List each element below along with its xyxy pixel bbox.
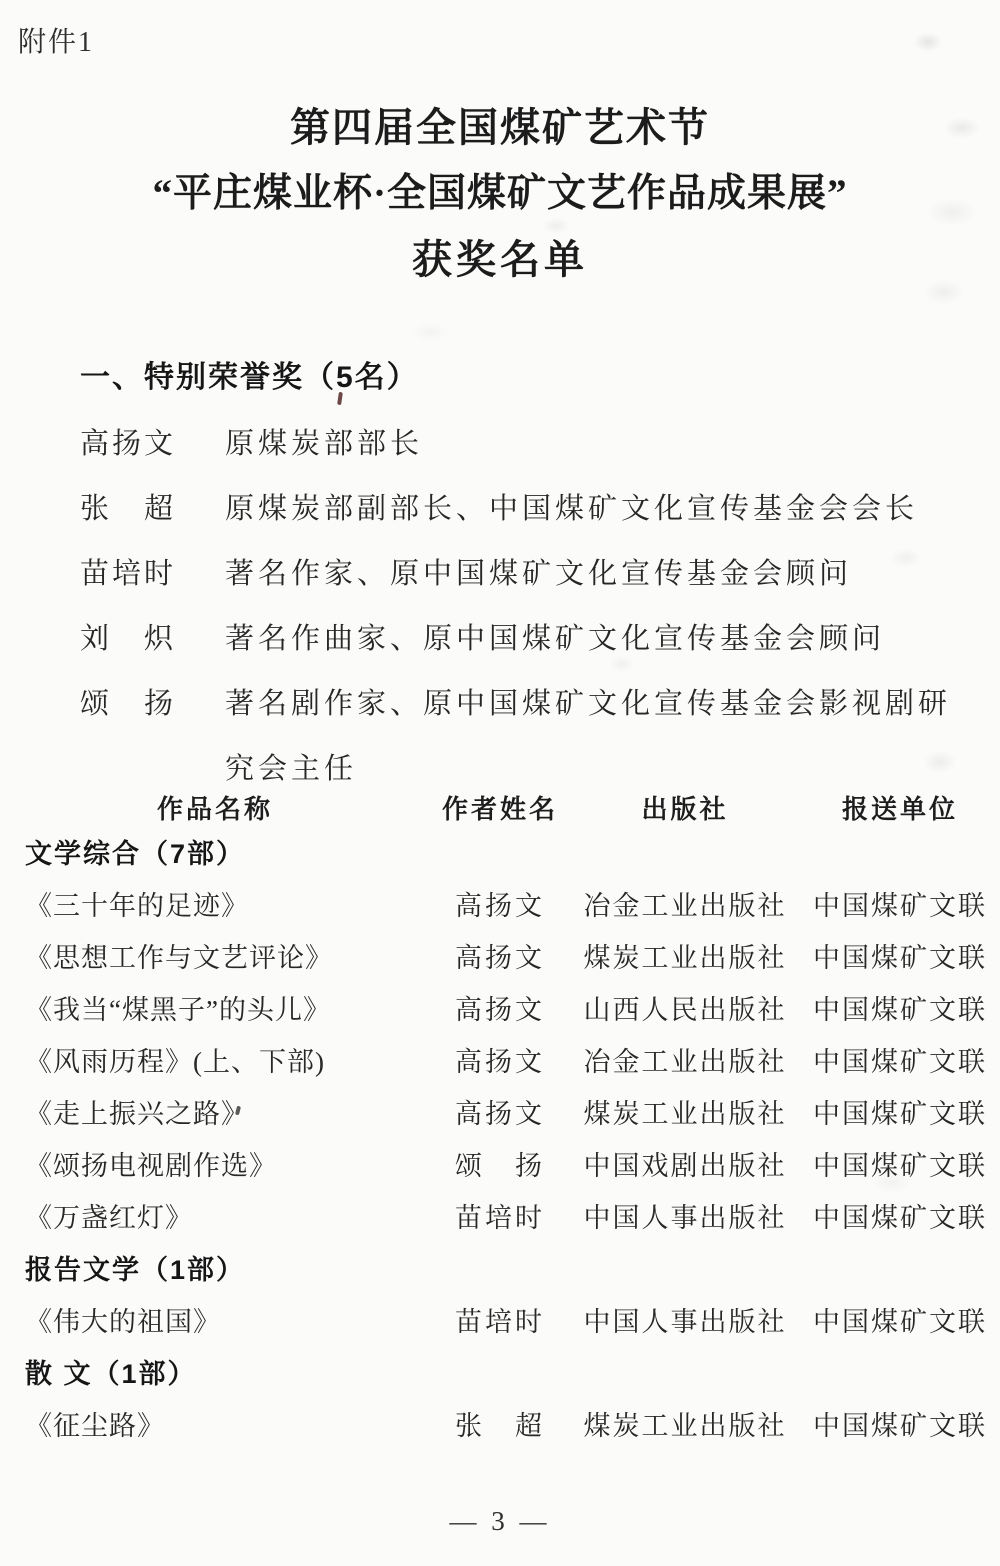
table-row: 《颂扬电视剧作选》 颂 扬 中国戏剧出版社 中国煤矿文联 — [0, 1140, 1000, 1192]
category-heading: 散 文（1部） — [0, 1348, 1000, 1400]
honoree-title: 著名剧作家、原中国煤矿文化宣传基金会影视剧研究会主任 — [225, 672, 982, 802]
table-row: 《我当“煤黑子”的头儿》 高扬文 山西人民出版社 中国煤矿文联 — [0, 984, 1000, 1036]
work-title: 《伟大的祖国》 — [0, 1296, 430, 1348]
honoree-name: 颂 扬 — [80, 672, 225, 737]
honoree-title: 原煤炭部副部长、中国煤矿文化宣传基金会会长 — [225, 477, 982, 542]
work-author: 张 超 — [430, 1400, 570, 1452]
work-title: 《征尘路》 — [0, 1400, 430, 1452]
stray-ink-mark — [337, 392, 343, 405]
col-header-unit: 报送单位 — [800, 790, 1000, 828]
work-publisher: 冶金工业出版社 — [570, 880, 800, 932]
work-unit: 中国煤矿文联 — [800, 984, 1000, 1036]
work-unit: 中国煤矿文联 — [800, 932, 1000, 984]
work-title: 《三十年的足迹》 — [0, 880, 430, 932]
work-publisher: 煤炭工业出版社 — [570, 932, 800, 984]
work-author: 高扬文 — [430, 1036, 570, 1088]
doc-title-line-2: “平庄煤业杯·全国煤矿文艺作品成果展” — [0, 162, 1000, 218]
table-row: 《三十年的足迹》 高扬文 冶金工业出版社 中国煤矿文联 — [0, 880, 1000, 932]
col-header-author: 作者姓名 — [430, 790, 570, 828]
honoree-name: 高扬文 — [80, 412, 225, 477]
table-row: 《万盏红灯》 苗培时 中国人事出版社 中国煤矿文联 — [0, 1192, 1000, 1244]
table-row: 《征尘路》 张 超 煤炭工业出版社 中国煤矿文联 — [0, 1400, 1000, 1452]
honoree-title: 著名作家、原中国煤矿文化宣传基金会顾问 — [225, 542, 982, 607]
category-heading: 文学综合（7部） — [0, 828, 1000, 880]
work-title: 《我当“煤黑子”的头儿》 — [0, 984, 430, 1036]
attachment-label: 附件1 — [18, 20, 94, 60]
honoree-name: 张 超 — [80, 477, 225, 542]
honoree-entry: 高扬文 原煤炭部部长 — [80, 412, 990, 477]
honoree-title: 著名作曲家、原中国煤矿文化宣传基金会顾问 — [225, 607, 982, 672]
work-author: 颂 扬 — [430, 1140, 570, 1192]
work-publisher: 中国人事出版社 — [570, 1192, 800, 1244]
work-author: 高扬文 — [430, 932, 570, 984]
honoree-entry: 苗培时 著名作家、原中国煤矿文化宣传基金会顾问 — [80, 542, 990, 607]
work-publisher: 中国戏剧出版社 — [570, 1140, 800, 1192]
work-publisher: 冶金工业出版社 — [570, 1036, 800, 1088]
page-number: — 3 — — [0, 1506, 1000, 1537]
honoree-name: 刘 炽 — [80, 607, 225, 672]
work-title: 《风雨历程》(上、下部) — [0, 1036, 430, 1088]
table-header-row: 作品名称 作者姓名 出版社 报送单位 — [0, 790, 1000, 828]
work-unit: 中国煤矿文联 — [800, 1088, 1000, 1140]
honoree-title: 原煤炭部部长 — [225, 412, 982, 477]
work-author: 苗培时 — [430, 1192, 570, 1244]
document-page: 附件1 第四届全国煤矿艺术节 “平庄煤业杯·全国煤矿文艺作品成果展” 获奖名单 … — [0, 0, 1000, 1566]
col-header-publisher: 出版社 — [570, 790, 800, 828]
table-row: 《走上振兴之路》 高扬文 煤炭工业出版社 中国煤矿文联 — [0, 1088, 1000, 1140]
col-header-work-title: 作品名称 — [0, 790, 430, 828]
work-publisher: 中国人事出版社 — [570, 1296, 800, 1348]
honoree-list: 高扬文 原煤炭部部长 张 超 原煤炭部副部长、中国煤矿文化宣传基金会会长 苗培时… — [80, 412, 990, 802]
category-heading: 报告文学（1部） — [0, 1244, 1000, 1296]
honoree-entry: 张 超 原煤炭部副部长、中国煤矿文化宣传基金会会长 — [80, 477, 990, 542]
work-unit: 中国煤矿文联 — [800, 1192, 1000, 1244]
honoree-entry: 刘 炽 著名作曲家、原中国煤矿文化宣传基金会顾问 — [80, 607, 990, 672]
honoree-entry: 颂 扬 著名剧作家、原中国煤矿文化宣传基金会影视剧研究会主任 — [80, 672, 990, 802]
work-author: 高扬文 — [430, 880, 570, 932]
work-unit: 中国煤矿文联 — [800, 1296, 1000, 1348]
honoree-name: 苗培时 — [80, 542, 225, 607]
work-title: 《走上振兴之路》 — [0, 1088, 430, 1140]
works-table: 文学综合（7部） 《三十年的足迹》 高扬文 冶金工业出版社 中国煤矿文联 《思想… — [0, 828, 1000, 1452]
work-unit: 中国煤矿文联 — [800, 880, 1000, 932]
work-unit: 中国煤矿文联 — [800, 1400, 1000, 1452]
work-author: 高扬文 — [430, 984, 570, 1036]
work-title: 《思想工作与文艺评论》 — [0, 932, 430, 984]
work-publisher: 煤炭工业出版社 — [570, 1088, 800, 1140]
doc-title-line-3: 获奖名单 — [0, 228, 1000, 285]
work-author: 苗培时 — [430, 1296, 570, 1348]
table-row: 《思想工作与文艺评论》 高扬文 煤炭工业出版社 中国煤矿文联 — [0, 932, 1000, 984]
work-unit: 中国煤矿文联 — [800, 1140, 1000, 1192]
work-publisher: 山西人民出版社 — [570, 984, 800, 1036]
table-row: 《风雨历程》(上、下部) 高扬文 冶金工业出版社 中国煤矿文联 — [0, 1036, 1000, 1088]
table-row: 《伟大的祖国》 苗培时 中国人事出版社 中国煤矿文联 — [0, 1296, 1000, 1348]
work-author: 高扬文 — [430, 1088, 570, 1140]
work-title: 《颂扬电视剧作选》 — [0, 1140, 430, 1192]
section-heading-special-honor: 一、特别荣誉奖（5名） — [80, 352, 419, 396]
doc-title-line-1: 第四届全国煤矿艺术节 — [0, 96, 1000, 153]
work-publisher: 煤炭工业出版社 — [570, 1400, 800, 1452]
work-title: 《万盏红灯》 — [0, 1192, 430, 1244]
work-unit: 中国煤矿文联 — [800, 1036, 1000, 1088]
